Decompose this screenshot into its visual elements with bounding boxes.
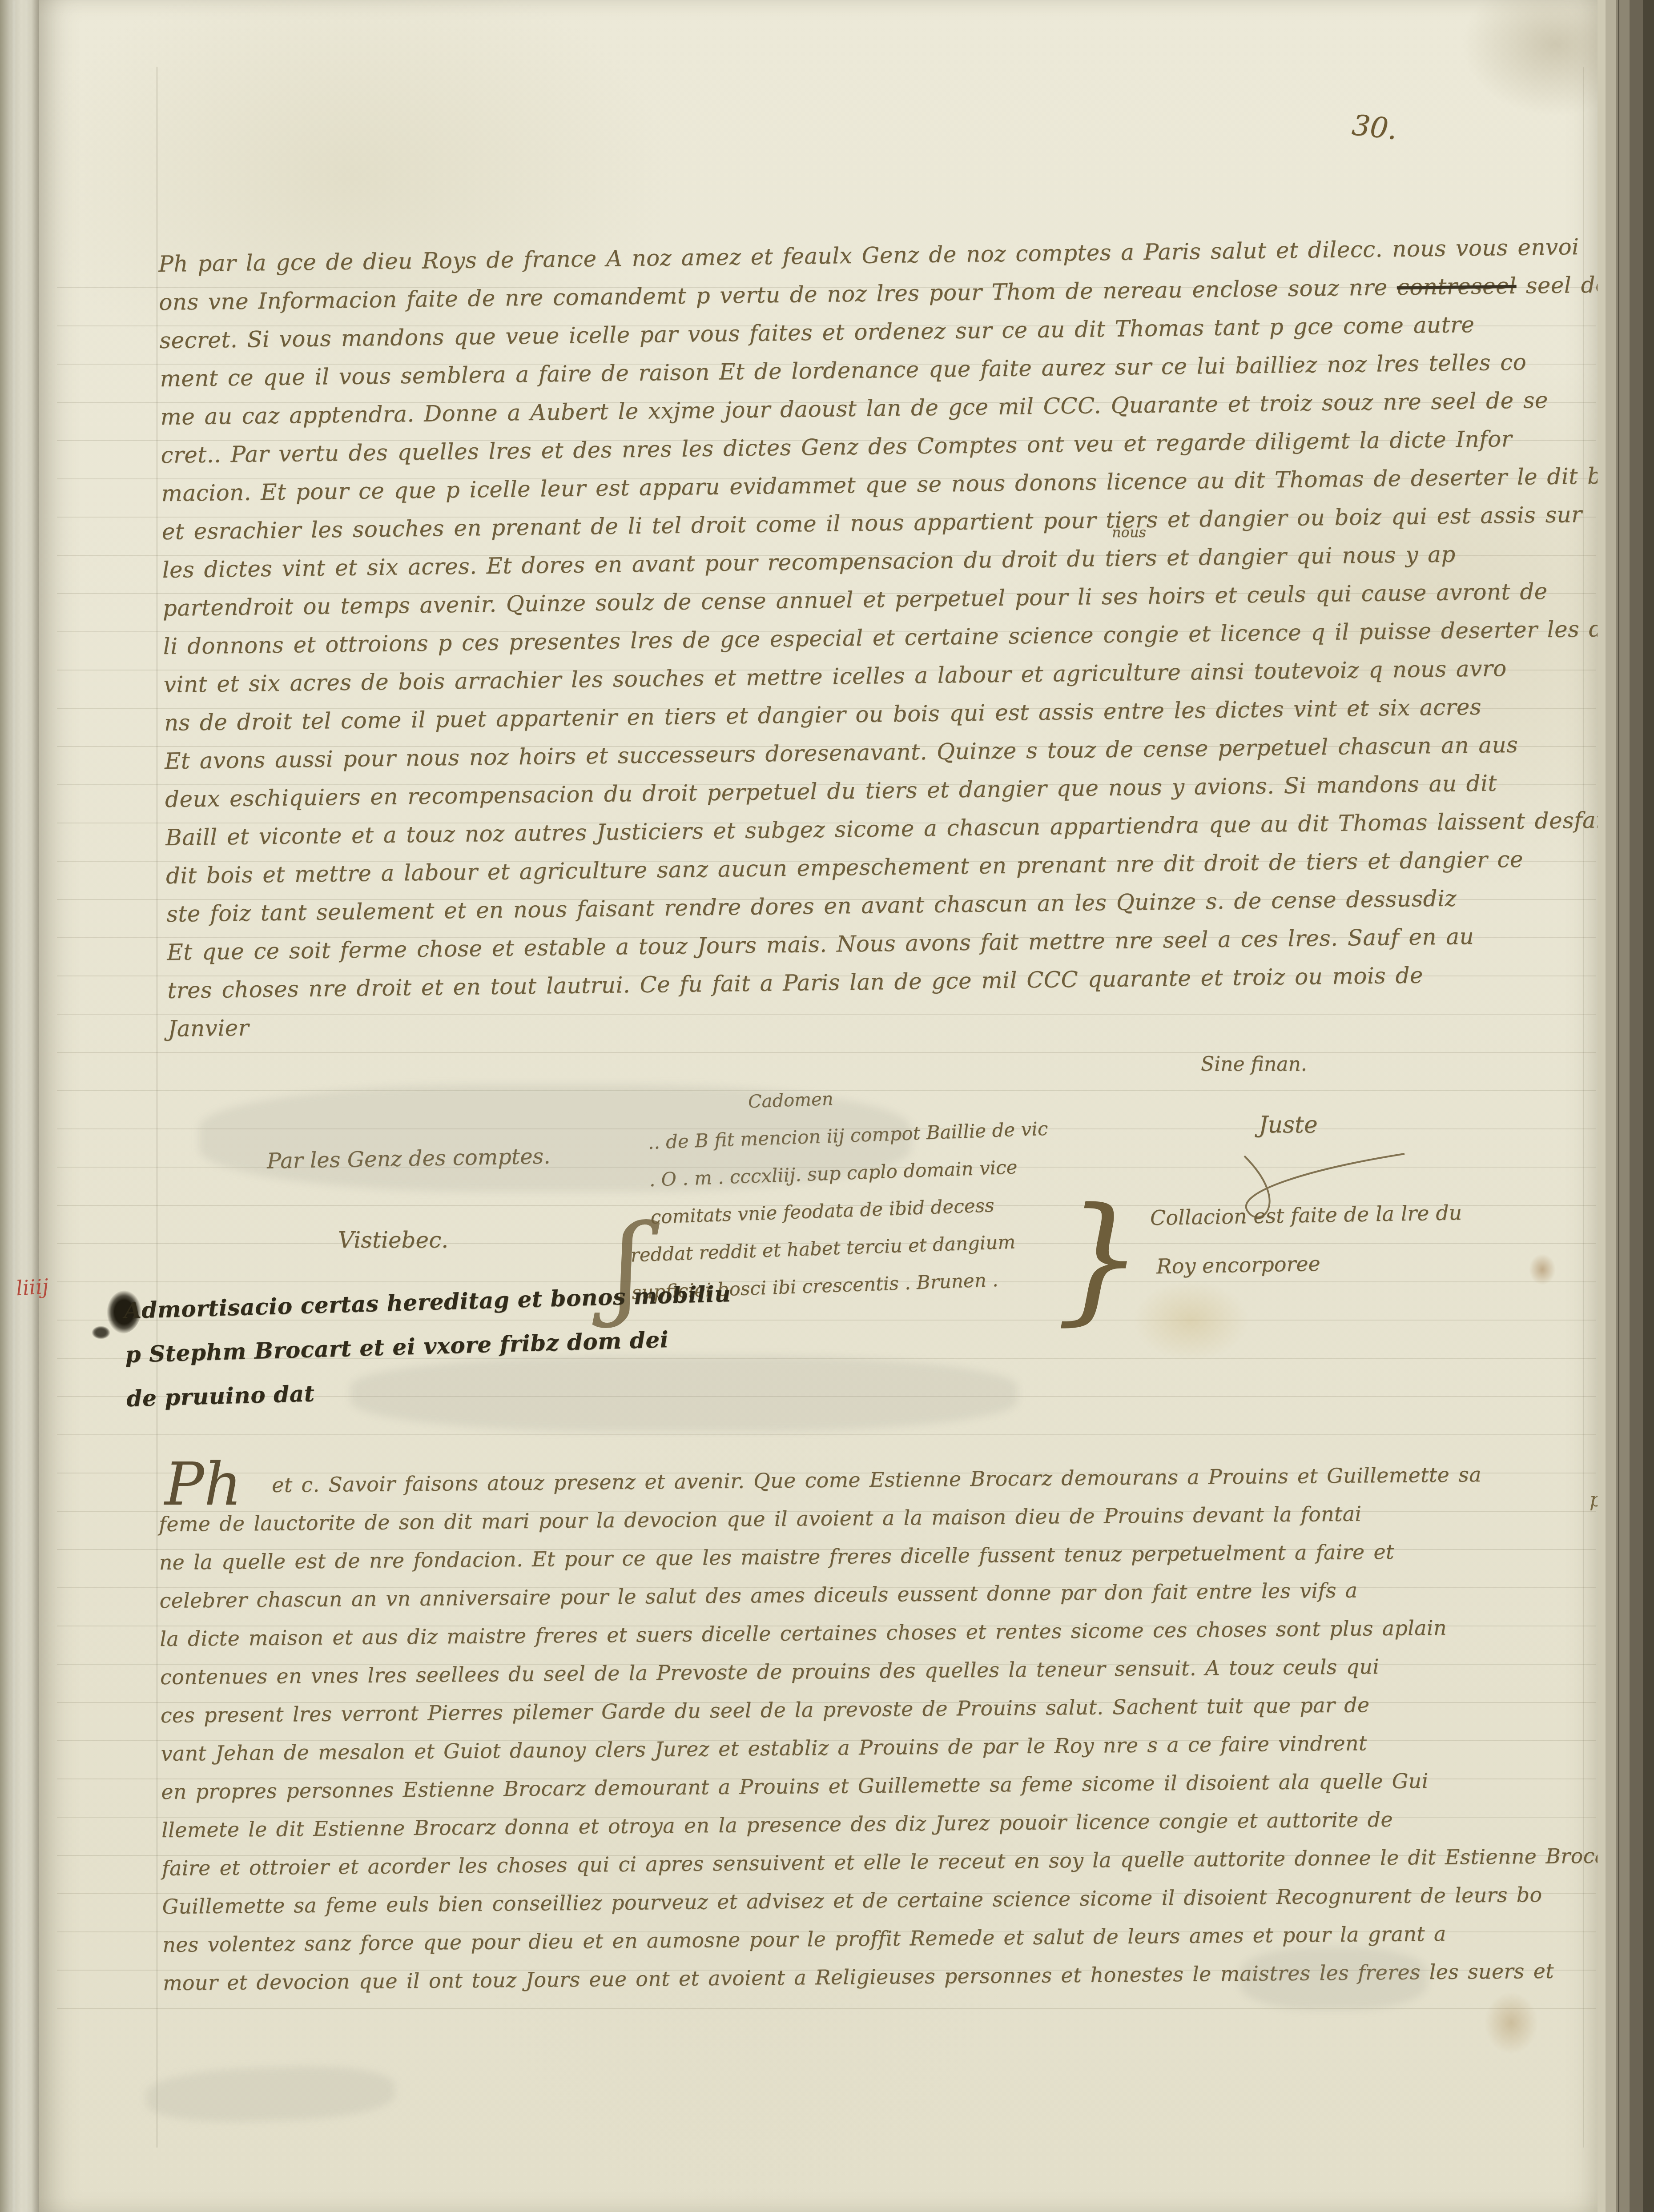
clerk-signature: Vistiebec.	[338, 1227, 448, 1253]
memo-right-brace: }	[1056, 1178, 1143, 1339]
collation-note-line2: Roy encorporee	[1156, 1252, 1321, 1278]
show-through-smudge	[199, 1085, 911, 1192]
show-through-smudge	[1240, 1947, 1427, 2010]
show-through-smudge	[350, 1356, 1018, 1432]
folio-number: 30.	[1350, 109, 1399, 146]
left-bounding-line	[157, 67, 157, 2148]
struck-word: contreseel	[1396, 273, 1516, 300]
show-through-smudge	[145, 2063, 396, 2125]
brown-spot	[1529, 1254, 1556, 1285]
gutter-fold	[13, 0, 15, 2212]
yellow-stain	[1133, 1281, 1249, 1361]
approval-note: Juste	[1259, 1112, 1318, 1138]
interlinear-correction: nous	[1112, 524, 1146, 541]
red-quire-number: liiij	[15, 1274, 49, 1301]
bottom-right-stain	[1485, 1992, 1538, 2054]
page-fore-edges	[1598, 0, 1654, 2212]
book-gutter	[0, 0, 44, 2212]
act1-text-block: Ph par la gce de dieu Roys de france A n…	[158, 233, 1609, 1054]
collation-note-line1: Collacion est faite de la lre du	[1150, 1200, 1462, 1230]
fee-note: Sine finan.	[1201, 1053, 1307, 1076]
fore-edge-line	[1618, 0, 1619, 2212]
manuscript-photo: 30. Ph par la gce de dieu Roys de france…	[0, 0, 1654, 2212]
gutter-fold	[26, 0, 27, 2212]
ink-blot-small	[92, 1326, 110, 1339]
act2-text-block: et c. Savoir faisons atouz presenz et av…	[158, 1461, 1604, 2009]
act1-line2-post: seel de	[1516, 272, 1609, 299]
parchment-page: 30. Ph par la gce de dieu Roys de france…	[39, 0, 1598, 2212]
